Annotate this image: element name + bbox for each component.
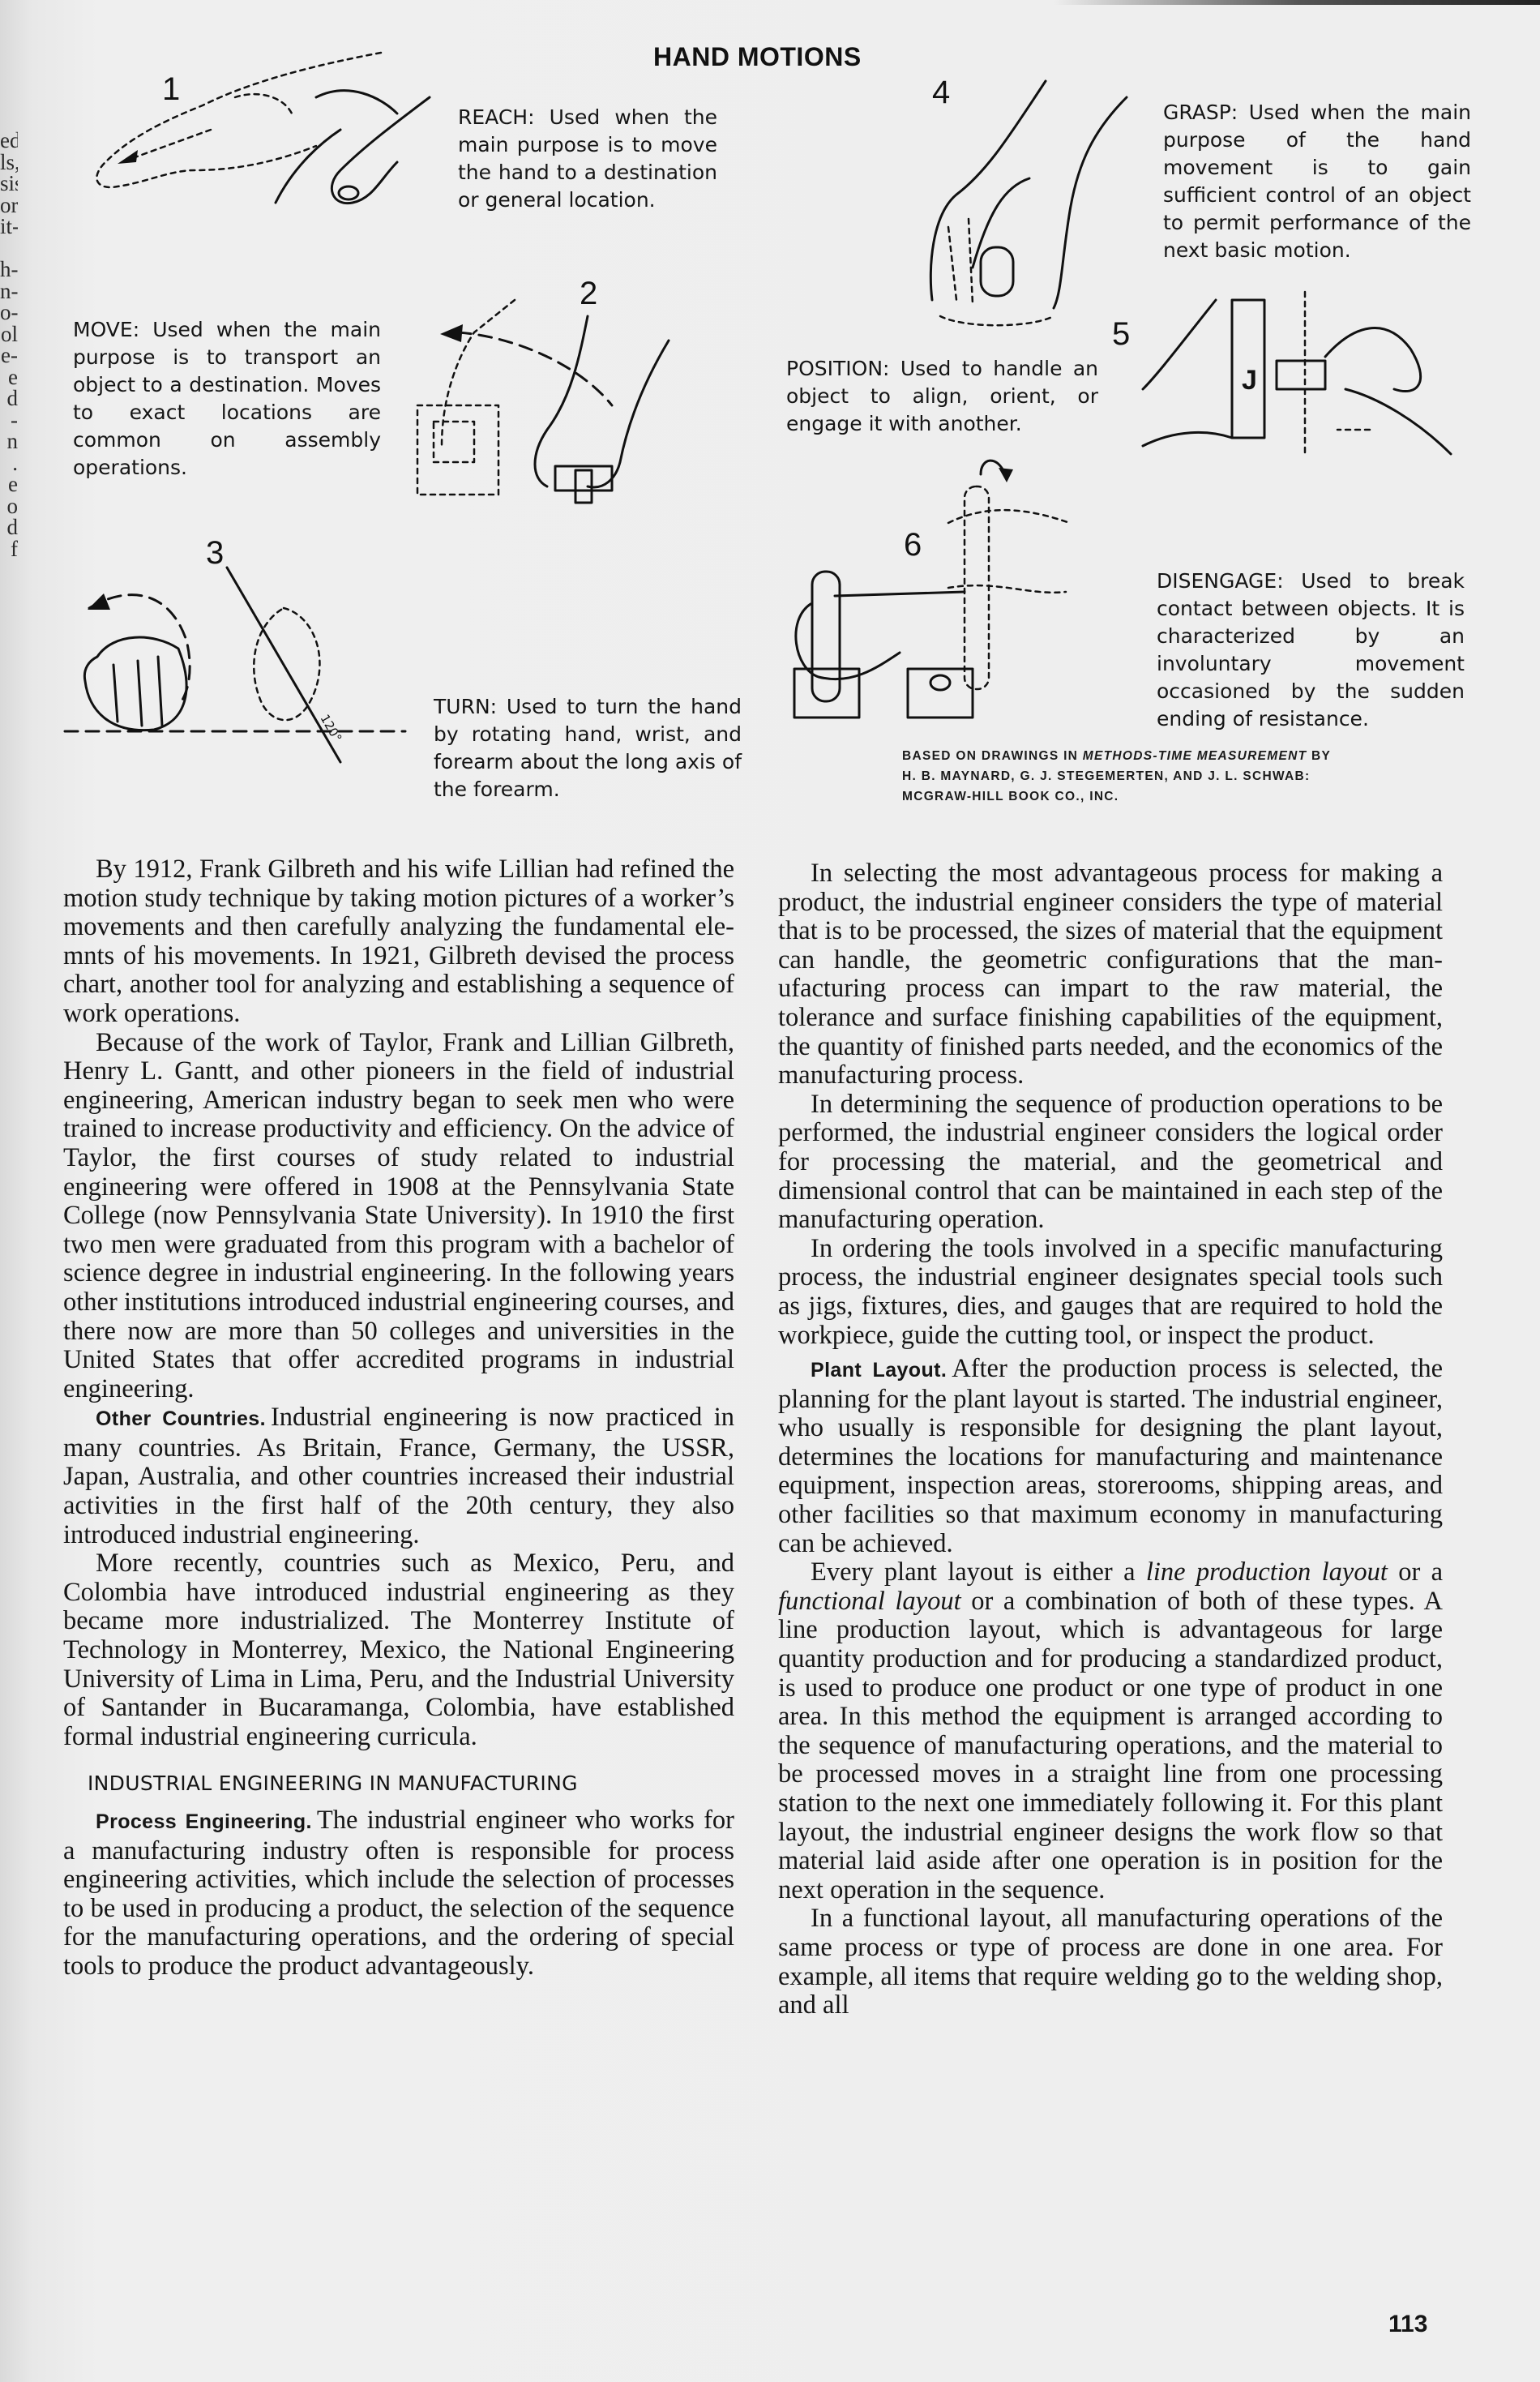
- run-in-heading-plant-layout: Plant Layout.: [811, 1359, 947, 1382]
- reach-hand-drawing: [73, 49, 446, 227]
- section-heading: INDUSTRIAL ENGINEERING IN MANUFACTURING: [88, 1769, 734, 1798]
- move-hand-drawing: [385, 300, 693, 511]
- book-page: ed ls, sis or- it- h- n- o- ol e- e d - …: [0, 0, 1540, 2382]
- run-in-heading-other-countries: Other Countries.: [96, 1407, 266, 1430]
- paragraph: Other Countries.Industrial engineering i…: [63, 1403, 734, 1549]
- term-functional-layout: functional layout: [778, 1587, 961, 1616]
- paragraph: Every plant layout is either a line prod…: [778, 1558, 1443, 1904]
- turn-caption: TURN: Used to turn the hand by rotating …: [434, 693, 742, 803]
- position-caption: POSITION: Used to handle an object to al…: [786, 355, 1098, 438]
- figure-title: HAND MOTIONS: [653, 42, 862, 72]
- paragraph: By 1912, Frank Gilbreth and his wife Lil…: [63, 855, 734, 1029]
- run-in-heading-process-engineering: Process Engineering.: [96, 1810, 312, 1833]
- scan-edge-shadow: [1054, 0, 1540, 5]
- page-number: 113: [1388, 2311, 1427, 2338]
- svg-text:J: J: [1242, 365, 1257, 396]
- paragraph: In a functional layout, all manufacturin…: [778, 1904, 1443, 2020]
- reach-caption: REACH: Used when the main purpose is to …: [458, 104, 717, 214]
- position-hand-drawing: J: [1110, 292, 1483, 462]
- paragraph: More recently, countries such as Mexico,…: [63, 1549, 734, 1751]
- paragraph: In selecting the most advantageous proce…: [778, 859, 1443, 1090]
- disengage-caption: DISENGAGE: Used to break contact between…: [1157, 568, 1465, 733]
- paragraph: Process Engineering.The industrial engin…: [63, 1806, 734, 1981]
- term-line-production-layout: line production layout: [1146, 1557, 1388, 1587]
- grasp-hand-drawing: [867, 81, 1135, 324]
- move-caption: MOVE: Used when the main purpose is to t…: [73, 316, 381, 482]
- paragraph: In determining the sequence of productio…: [778, 1090, 1443, 1235]
- paragraph: Plant Layout.After the production proces…: [778, 1355, 1443, 1558]
- left-text-column: By 1912, Frank Gilbreth and his wife Lil…: [63, 855, 734, 1981]
- paragraph: Because of the work of Taylor, Frank and…: [63, 1029, 734, 1404]
- paragraph: In ordering the tools involved in a spec…: [778, 1235, 1443, 1350]
- grasp-caption: GRASP: Used when the main purpose of the…: [1163, 99, 1471, 264]
- disengage-hand-drawing: [786, 450, 1143, 734]
- right-text-column: In selecting the most advantageous proce…: [778, 859, 1443, 2020]
- figure-credit: BASED ON DRAWINGS IN METHODS-TIME MEASUR…: [902, 746, 1486, 807]
- turn-hand-drawing: 120°: [65, 559, 421, 770]
- source-book-title: METHODS-TIME MEASUREMENT: [1083, 749, 1307, 763]
- facing-page-bleed-text: ed ls, sis or- it- h- n- o- ol e- e d - …: [0, 130, 18, 559]
